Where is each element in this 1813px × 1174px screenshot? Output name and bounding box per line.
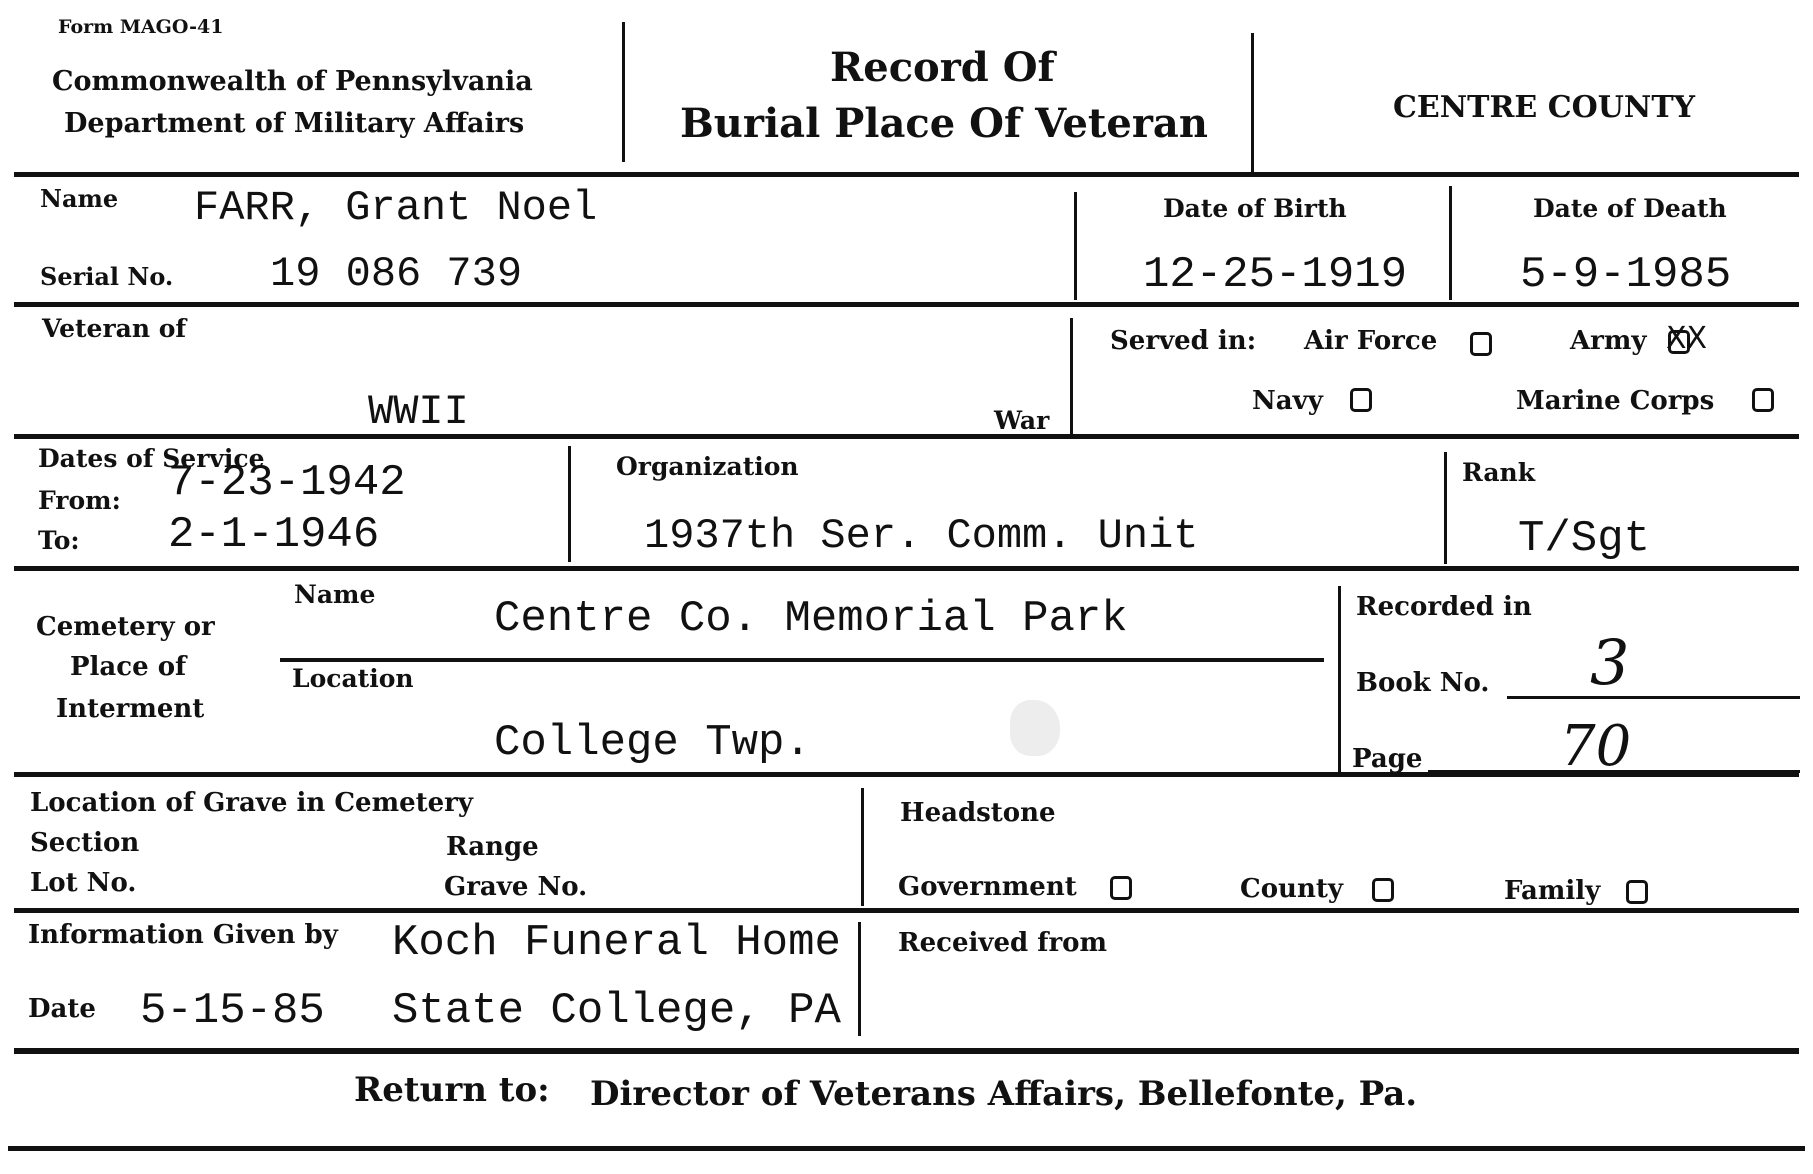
- cemetery-label-2: Place of: [70, 652, 186, 682]
- from-label: From:: [38, 486, 121, 515]
- date-of-birth: 12-25-1919: [1143, 250, 1407, 300]
- rule-info: [14, 1048, 1799, 1054]
- headstone-family-label: Family: [1504, 876, 1600, 906]
- navy-checkbox[interactable]: [1350, 388, 1372, 412]
- form-id: Form MAGO-41: [58, 16, 223, 38]
- agency-line-2: Department of Military Affairs: [64, 108, 524, 139]
- service-divider-2: [1444, 452, 1447, 564]
- family-checkbox[interactable]: [1626, 880, 1648, 904]
- agency-line-1: Commonwealth of Pennsylvania: [52, 66, 533, 97]
- branch-navy-label: Navy: [1252, 386, 1323, 416]
- rule-grave: [14, 908, 1799, 913]
- headstone-government-label: Government: [898, 872, 1077, 902]
- dod-label: Date of Death: [1533, 194, 1727, 223]
- rule-header: [14, 172, 1799, 177]
- info-date-value: 5-15-85: [140, 986, 325, 1036]
- info-given-by-label: Information Given by: [28, 920, 338, 950]
- rank-label: Rank: [1462, 458, 1535, 487]
- county-name: CENTRE COUNTY: [1393, 90, 1695, 125]
- info-divider: [858, 922, 861, 1036]
- organization-value: 1937th Ser. Comm. Unit: [644, 512, 1199, 560]
- scan-smudge: [1010, 700, 1060, 756]
- dob-label: Date of Birth: [1163, 194, 1347, 223]
- veteran-divider: [1070, 318, 1073, 434]
- headstone-county-label: County: [1240, 874, 1343, 904]
- book-no-underline: [1507, 696, 1800, 699]
- recorded-in-label: Recorded in: [1356, 592, 1532, 622]
- county-checkbox[interactable]: [1372, 878, 1394, 902]
- served-in-label: Served in:: [1110, 326, 1256, 356]
- organization-label: Organization: [616, 452, 799, 481]
- rule-cemetery: [14, 772, 1799, 777]
- cemetery-divider: [1338, 586, 1341, 772]
- book-no-value: 3: [1590, 626, 1629, 699]
- info-given-by-value: Koch Funeral Home: [392, 918, 841, 968]
- war-suffix: War: [994, 406, 1049, 435]
- cemetery-name: Centre Co. Memorial Park: [494, 594, 1128, 644]
- service-to-date: 2-1-1946: [168, 510, 379, 560]
- government-checkbox[interactable]: [1110, 876, 1132, 900]
- cemetery-name-underline: [280, 658, 1324, 662]
- veteran-name: FARR, Grant Noel: [194, 184, 597, 232]
- range-label: Range: [446, 832, 539, 862]
- branch-air-force-label: Air Force: [1304, 326, 1437, 356]
- rule-footer: [8, 1146, 1805, 1151]
- grave-no-label: Grave No.: [444, 872, 587, 902]
- headstone-label: Headstone: [900, 798, 1056, 828]
- lot-no-label: Lot No.: [30, 868, 136, 898]
- veteran-of-label: Veteran of: [42, 314, 186, 343]
- info-date-label: Date: [28, 994, 96, 1024]
- air-force-checkbox[interactable]: [1470, 332, 1492, 356]
- header-divider-1: [622, 22, 625, 162]
- army-checkbox-mark: XX: [1666, 324, 1707, 354]
- received-from-label: Received from: [898, 928, 1107, 958]
- rank-value: T/Sgt: [1518, 514, 1650, 564]
- cemetery-location: College Twp.: [494, 718, 811, 768]
- date-of-death: 5-9-1985: [1520, 250, 1731, 300]
- rule-service: [14, 566, 1799, 571]
- book-no-label: Book No.: [1356, 668, 1489, 698]
- return-to-address: Director of Veterans Affairs, Bellefonte…: [590, 1074, 1417, 1114]
- identity-divider-1: [1074, 192, 1077, 300]
- name-label: Name: [40, 184, 118, 213]
- marine-corps-checkbox[interactable]: [1752, 388, 1774, 412]
- section-label: Section: [30, 828, 139, 858]
- page-value: 70: [1560, 714, 1631, 779]
- cemetery-label-3: Interment: [56, 694, 204, 724]
- rule-veteran: [14, 434, 1799, 439]
- cemetery-location-label: Location: [292, 664, 414, 693]
- war-value: WWII: [368, 388, 469, 436]
- branch-marine-corps-label: Marine Corps: [1516, 386, 1714, 416]
- form-title-line-2: Burial Place Of Veteran: [680, 100, 1208, 147]
- grave-location-title: Location of Grave in Cemetery: [30, 788, 473, 818]
- header-divider-2: [1251, 33, 1254, 173]
- branch-army-label: Army: [1570, 326, 1647, 356]
- identity-divider-2: [1449, 186, 1452, 300]
- form-title-line-1: Record Of: [830, 44, 1055, 91]
- info-address: State College, PA: [392, 986, 841, 1036]
- cemetery-label-1: Cemetery or: [36, 612, 215, 642]
- serial-number: 19 086 739: [270, 250, 522, 298]
- cemetery-name-label: Name: [294, 580, 375, 609]
- rule-identity: [14, 302, 1799, 307]
- page-label: Page: [1352, 744, 1422, 774]
- grave-divider: [861, 788, 864, 906]
- service-from-date: 7-23-1942: [168, 458, 406, 508]
- to-label: To:: [38, 526, 80, 555]
- service-divider-1: [568, 446, 571, 562]
- return-to-label: Return to:: [354, 1070, 550, 1110]
- serial-label: Serial No.: [40, 262, 173, 291]
